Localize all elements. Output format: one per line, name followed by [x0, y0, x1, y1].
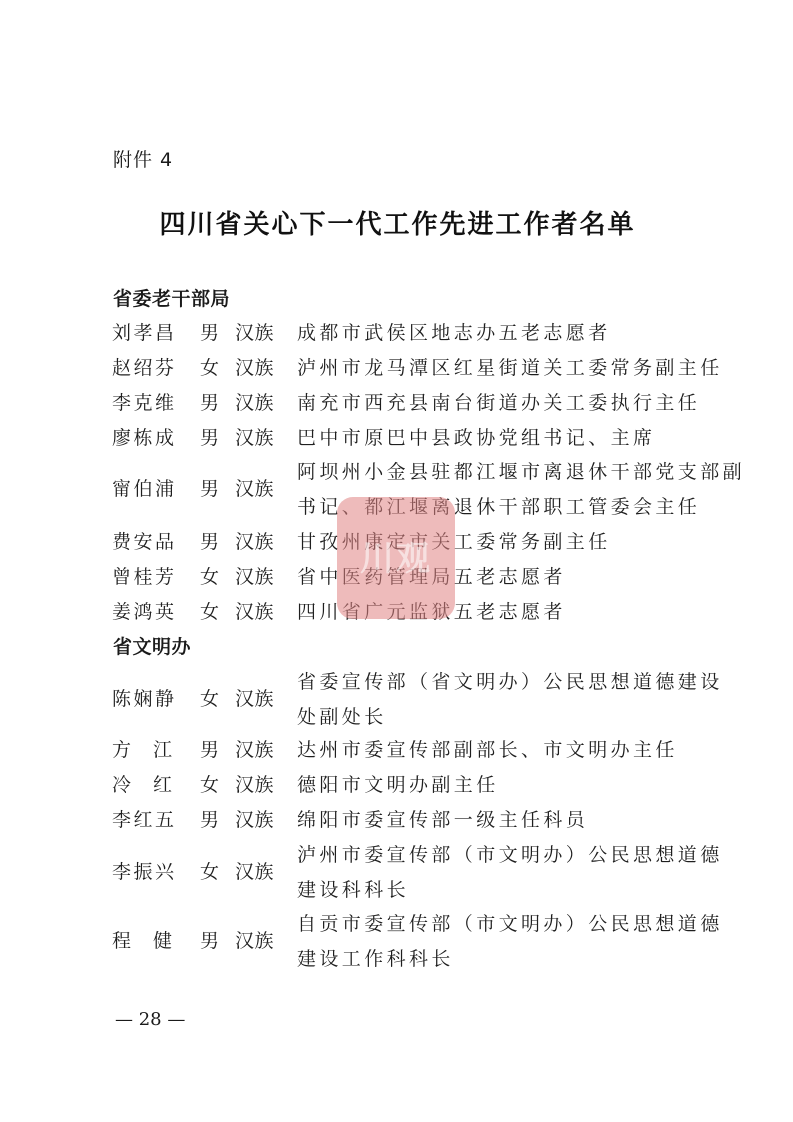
person-ethnicity: 汉族 — [235, 733, 274, 768]
person-gender: 女 — [200, 855, 219, 890]
person-ethnicity: 汉族 — [235, 386, 274, 421]
document-page: 附件 4 四川省关心下一代工作先进工作者名单 省委老干部局 刘孝昌 男 汉族 成… — [0, 0, 793, 1122]
person-gender: 女 — [200, 682, 219, 717]
person-ethnicity: 汉族 — [235, 560, 274, 595]
section-heading-civilization-office: 省文明办 — [113, 634, 191, 660]
person-name: 程健 — [112, 924, 194, 959]
person-ethnicity: 汉族 — [235, 472, 274, 507]
person-description: 四川省广元监狱五老志愿者 — [297, 595, 566, 630]
person-description-line-1: 泸州市委宣传部（市文明办）公民思想道德 — [297, 838, 723, 873]
person-gender: 女 — [200, 595, 219, 630]
person-ethnicity: 汉族 — [235, 351, 274, 386]
person-gender: 男 — [200, 924, 219, 959]
person-ethnicity: 汉族 — [235, 924, 274, 959]
person-ethnicity: 汉族 — [235, 682, 274, 717]
person-gender: 女 — [200, 351, 219, 386]
person-ethnicity: 汉族 — [235, 316, 274, 351]
person-gender: 男 — [200, 472, 219, 507]
person-ethnicity: 汉族 — [235, 525, 274, 560]
person-description: 省中医药管理局五老志愿者 — [297, 560, 566, 595]
person-description-line-2: 建设工作科科长 — [297, 942, 454, 977]
person-ethnicity: 汉族 — [235, 803, 274, 838]
section-heading-veteran-cadres-bureau: 省委老干部局 — [113, 286, 230, 312]
person-name: 姜鸿英 — [112, 595, 177, 630]
person-gender: 男 — [200, 733, 219, 768]
person-name: 方江 — [112, 733, 194, 768]
person-name: 李振兴 — [112, 855, 177, 890]
person-description: 绵阳市委宣传部一级主任科员 — [297, 803, 588, 838]
person-gender: 男 — [200, 525, 219, 560]
person-name: 陈娴静 — [112, 682, 177, 717]
page-number: — 28 — — [115, 1007, 185, 1033]
person-ethnicity: 汉族 — [235, 855, 274, 890]
document-title: 四川省关心下一代工作先进工作者名单 — [0, 206, 793, 244]
person-description-line-1: 自贡市委宣传部（市文明办）公民思想道德 — [297, 907, 723, 942]
person-description: 德阳市文明办副主任 — [297, 768, 499, 803]
person-description-line-2: 建设科科长 — [297, 873, 409, 908]
person-ethnicity: 汉族 — [235, 421, 274, 456]
person-gender: 男 — [200, 386, 219, 421]
person-ethnicity: 汉族 — [235, 595, 274, 630]
person-name: 甯伯浦 — [112, 472, 177, 507]
person-name: 曾桂芳 — [112, 560, 177, 595]
person-gender: 女 — [200, 560, 219, 595]
person-description: 达州市委宣传部副部长、市文明办主任 — [297, 733, 678, 768]
person-name: 冷红 — [112, 768, 194, 803]
person-description: 成都市武侯区地志办五老志愿者 — [297, 316, 611, 351]
person-gender: 男 — [200, 803, 219, 838]
person-description: 泸州市龙马潭区红星街道关工委常务副主任 — [297, 351, 723, 386]
person-gender: 男 — [200, 316, 219, 351]
person-description: 巴中市原巴中县政协党组书记、主席 — [297, 421, 655, 456]
person-description-line-1: 省委宣传部（省文明办）公民思想道德建设 — [297, 665, 723, 700]
person-name: 费安品 — [112, 525, 177, 560]
person-description: 南充市西充县南台街道办关工委执行主任 — [297, 386, 700, 421]
person-ethnicity: 汉族 — [235, 768, 274, 803]
person-description-line-2: 处副处长 — [297, 700, 387, 735]
person-gender: 女 — [200, 768, 219, 803]
person-name: 赵绍芬 — [112, 351, 177, 386]
person-description-line-2: 书记、都江堰离退休干部职工管委会主任 — [297, 490, 700, 525]
person-name: 李克维 — [112, 386, 177, 421]
person-name: 李红五 — [112, 803, 177, 838]
attachment-label: 附件 4 — [113, 147, 173, 173]
person-name: 刘孝昌 — [112, 316, 177, 351]
person-description-line-1: 阿坝州小金县驻都江堰市离退休干部党支部副 — [297, 455, 745, 490]
person-description: 甘孜州康定市关工委常务副主任 — [297, 525, 611, 560]
person-gender: 男 — [200, 421, 219, 456]
person-name: 廖栋成 — [112, 421, 177, 456]
